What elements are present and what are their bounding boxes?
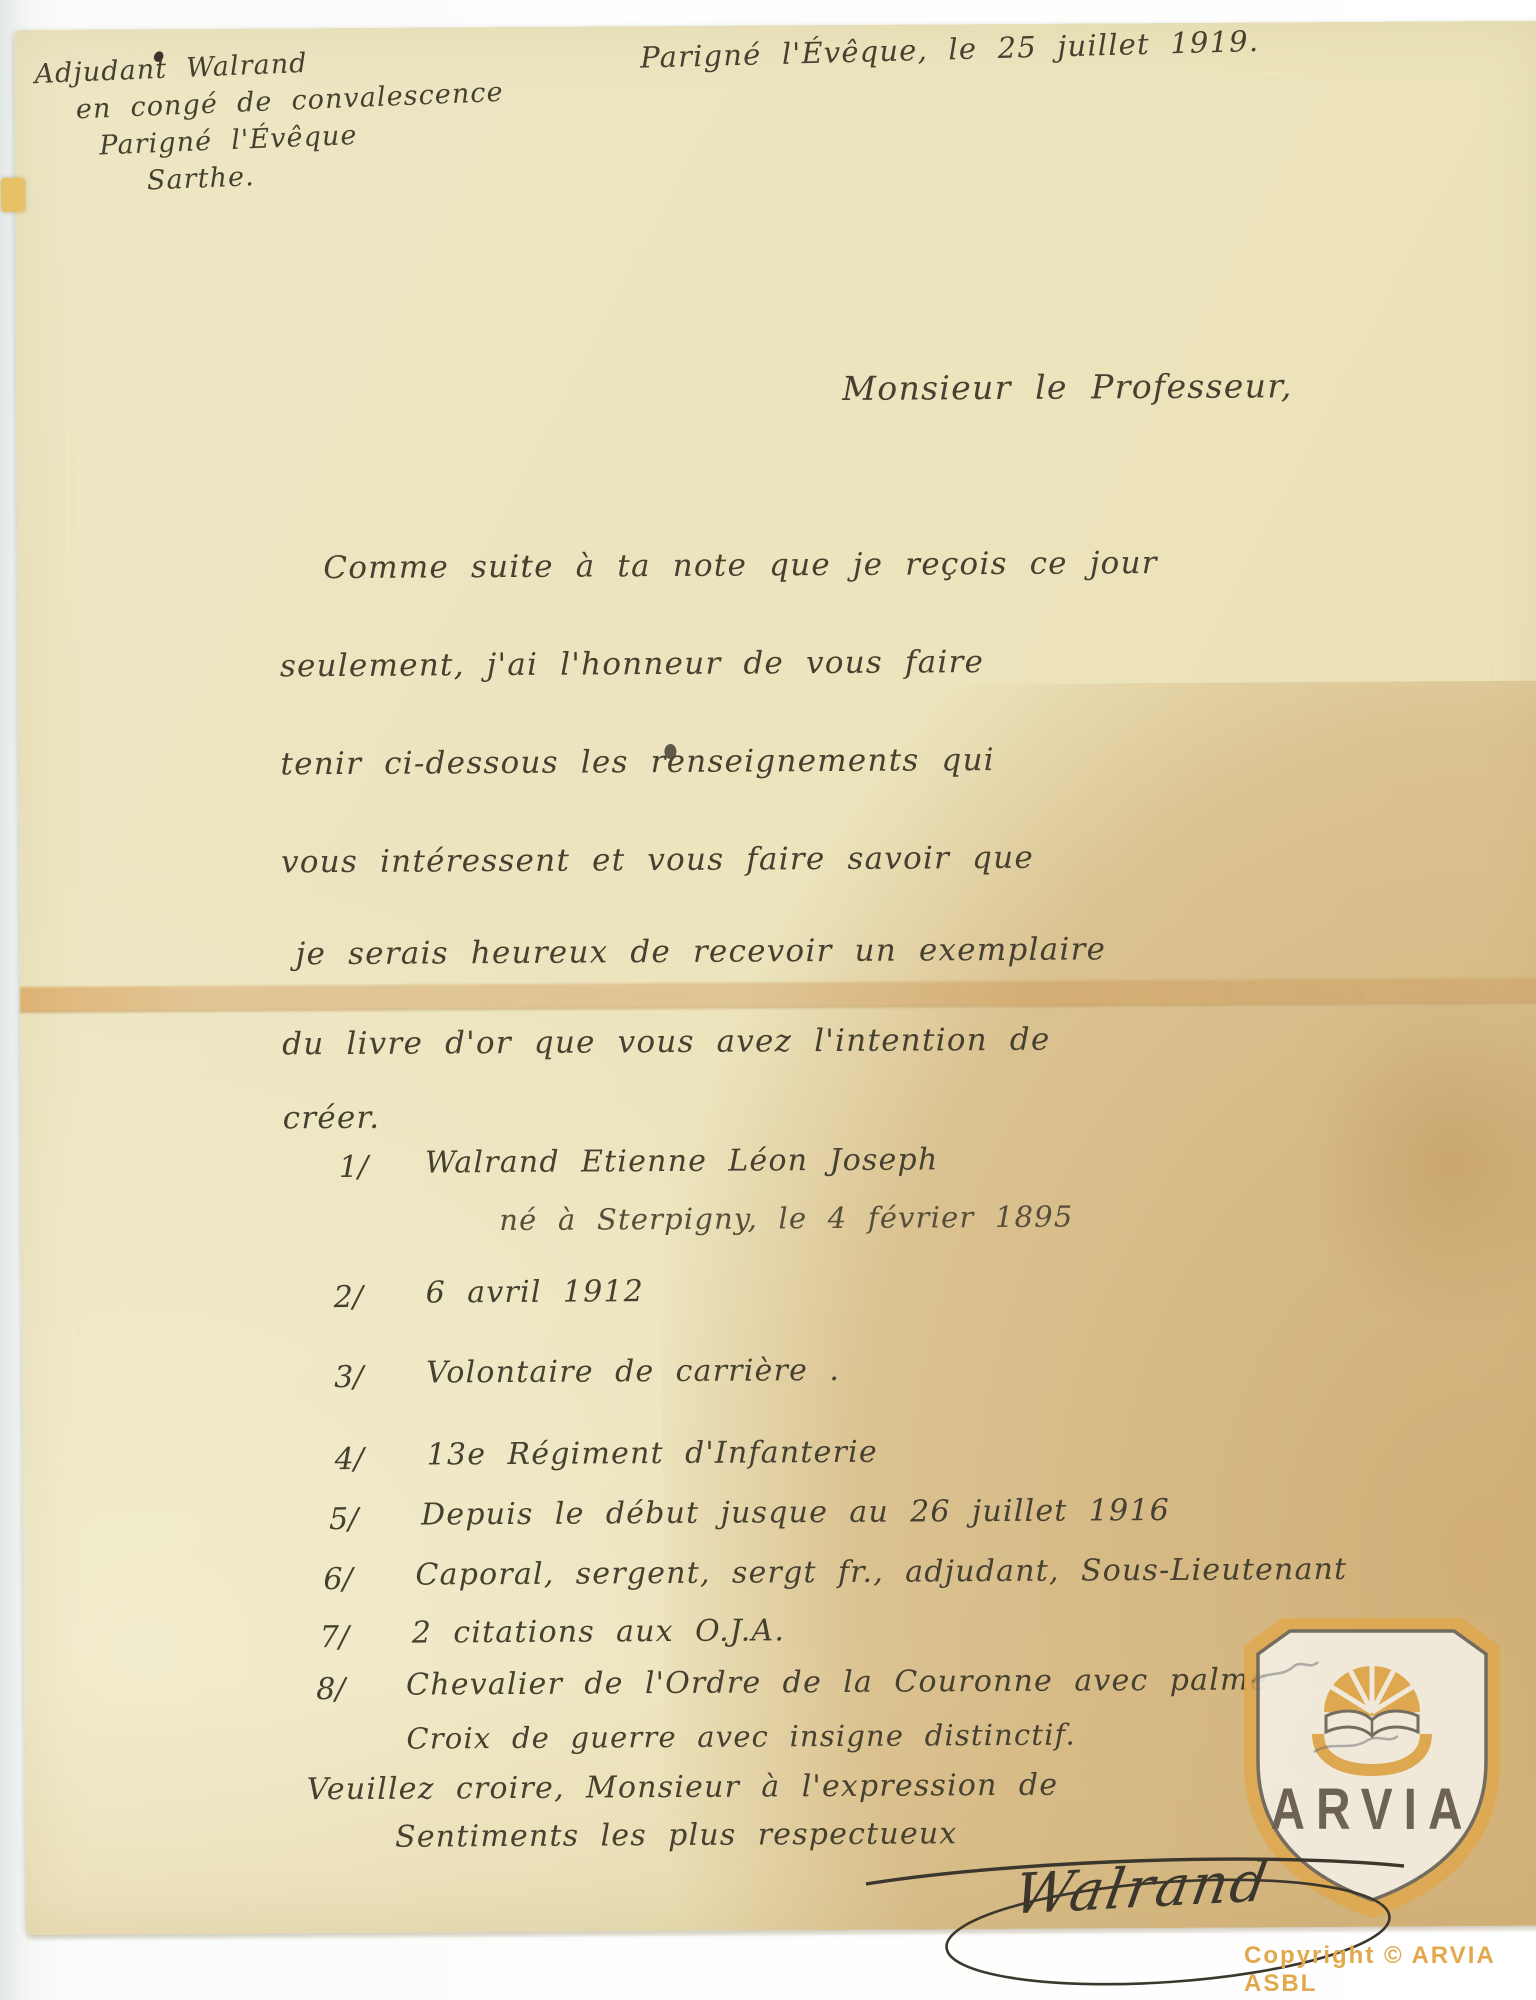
tape-fragment bbox=[1, 178, 25, 212]
list-text: Chevalier de l'Ordre de la Couronne avec… bbox=[406, 1662, 1269, 1702]
list-number: 3/ bbox=[334, 1360, 363, 1395]
body-line: du livre d'or que vous avez l'intention … bbox=[282, 1022, 1051, 1063]
signature: Walrand bbox=[1010, 1849, 1275, 1927]
list-number: 5/ bbox=[329, 1502, 358, 1537]
body-line: seulement, j'ai l'honneur de vous faire bbox=[280, 644, 985, 684]
body-line: je serais heureux de recevoir un exempla… bbox=[296, 931, 1107, 972]
body-line: vous intéressent et vous faire savoir qu… bbox=[281, 840, 1034, 881]
list-number: 4/ bbox=[335, 1442, 364, 1477]
list-text: 2 citations aux O.J.A. bbox=[412, 1613, 786, 1650]
salutation: Monsieur le Professeur, bbox=[842, 366, 1293, 408]
list-text: Depuis le début jusque au 26 juillet 191… bbox=[421, 1493, 1170, 1533]
list-subtext: Croix de guerre avec insigne distinctif. bbox=[406, 1718, 1076, 1756]
dateline: Parigné l'Évêque, le 25 juillet 1919. bbox=[640, 24, 1260, 75]
list-text: Volontaire de carrière . bbox=[426, 1353, 840, 1391]
body-line: créer. bbox=[283, 1100, 381, 1137]
horizontal-fold-crease bbox=[20, 978, 1536, 1013]
list-number: 8/ bbox=[316, 1672, 345, 1707]
sender-address-block: Adjudant Walrand en congé de convalescen… bbox=[34, 37, 508, 204]
list-text: 13e Régiment d'Infanterie bbox=[427, 1435, 878, 1473]
body-line: tenir ci-dessous les renseignements qui bbox=[280, 742, 995, 782]
list-subtext: né à Sterpigny, le 4 février 1895 bbox=[499, 1200, 1073, 1238]
list-text: Caporal, sergent, sergt fr., adjudant, S… bbox=[415, 1552, 1347, 1593]
list-number: 2/ bbox=[334, 1280, 363, 1315]
list-number: 6/ bbox=[323, 1562, 352, 1597]
copyright-notice: Copyright © ARVIA ASBL bbox=[1244, 1942, 1536, 1998]
scanned-letter-page: Adjudant Walrand en congé de convalescen… bbox=[0, 0, 1536, 2000]
list-text: 6 avril 1912 bbox=[426, 1274, 644, 1310]
list-text: Walrand Etienne Léon Joseph bbox=[425, 1142, 939, 1180]
closing-line: Veuillez croire, Monsieur à l'expression… bbox=[307, 1768, 1059, 1808]
list-number: 7/ bbox=[320, 1620, 349, 1655]
paper-stain-corner bbox=[1200, 971, 1536, 1393]
body-line: Comme suite à ta note que je reçois ce j… bbox=[323, 545, 1158, 586]
list-number: 1/ bbox=[339, 1150, 368, 1185]
